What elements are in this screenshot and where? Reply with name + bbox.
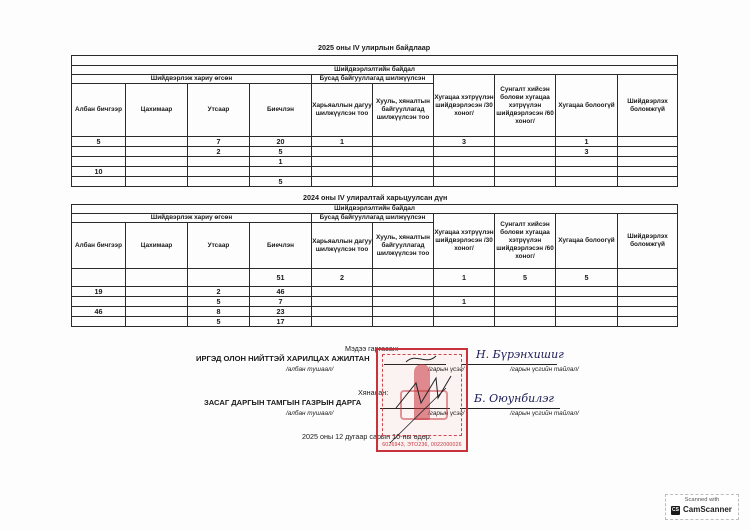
table-cell (312, 167, 373, 177)
table-cell (126, 147, 188, 157)
group-header-transferred: Бусад байгууллагад шилжүүлсэн (312, 75, 434, 84)
table-row: 512155 (72, 269, 678, 287)
column-header: Сунгалт хийсэн болови хугацаа хэтрүүлэн … (495, 214, 556, 269)
table-cell: 5 (495, 269, 556, 287)
name-caption: /гарын үсгийн тайлал/ (510, 366, 579, 373)
table-cell: 1 (434, 269, 495, 287)
table-cell (126, 137, 188, 147)
table-cell: 2 (312, 269, 373, 287)
table-cell (373, 137, 434, 147)
table-row: 253 (72, 147, 678, 157)
table-cell (556, 287, 618, 297)
table-cell (556, 297, 618, 307)
table-cell: 1 (250, 157, 312, 167)
table-cell (312, 177, 373, 187)
table-cell (618, 147, 678, 157)
table-cell (495, 137, 556, 147)
table-cell (556, 167, 618, 177)
column-header: Шийдвэрлэх боломжгүй (618, 214, 678, 269)
scanned-with-text: Scanned with (666, 497, 738, 503)
name-line (462, 364, 557, 365)
table-cell: 5 (72, 137, 126, 147)
table-cell (312, 307, 373, 317)
table-top-header: Шийдвэрлэлтийн байдал (72, 66, 678, 75)
table-cell: 23 (250, 307, 312, 317)
reporter-handwritten-name: Н. Бүрэнхишиг (476, 348, 564, 361)
table-cell (495, 157, 556, 167)
column-header: Харьяаллын дагуу шилжүүлсэн тоо (312, 223, 373, 269)
group-header-responded: Шийдвэрлэж хариу өгсөн (72, 75, 312, 84)
table-cell (495, 317, 556, 327)
table-cell (72, 157, 126, 167)
table-cell (618, 317, 678, 327)
name-caption: /гарын үсгийн тайлал/ (510, 410, 579, 417)
table-cell (495, 297, 556, 307)
table-cell (618, 269, 678, 287)
group-header-transferred: Бусад байгууллагад шилжүүлсэн (312, 214, 434, 223)
table-cell (126, 287, 188, 297)
table-cell: 5 (556, 269, 618, 287)
column-header: Албан бичгээр (72, 223, 126, 269)
document-page: 2025 оны IV улирлын байдлаар Шийдвэрлэлт… (0, 0, 750, 530)
column-header: Хугацаа хэтрүүлэн шийдвэрлэсэн /30 хоног… (434, 75, 495, 137)
section1-rows: 57201312531105 (72, 137, 678, 187)
table-cell (72, 177, 126, 187)
column-header: Хугацаа хэтрүүлэн шийдвэрлэсэн /30 хоног… (434, 214, 495, 269)
column-header: Шийдвэрлэх боломжгүй (618, 75, 678, 137)
table-cell (250, 167, 312, 177)
group-header-responded: Шийдвэрлэж хариу өгсөн (72, 214, 312, 223)
table-cell: 10 (72, 167, 126, 177)
table-row: 10 (72, 167, 678, 177)
table-cell: 7 (250, 297, 312, 307)
column-header: Хууль, хяналтын байгууллагад шилжүүлсэн … (373, 84, 434, 137)
table-cell: 1 (312, 137, 373, 147)
section1-table: Шийдвэрлэлтийн байдал Шийдвэрлэж хариу ө… (71, 55, 678, 187)
table-cell (126, 297, 188, 307)
column-header: Утсаар (188, 223, 250, 269)
table-cell (126, 177, 188, 187)
camscanner-watermark: Scanned with CS CamScanner (665, 494, 739, 520)
column-header: Сунгалт хийсэн болови хугацаа хэтрүүлэн … (495, 75, 556, 137)
checker-handwritten-name: Б. Оюунбилэг (474, 392, 554, 405)
table-cell (434, 287, 495, 297)
column-header: Цахимаар (126, 84, 188, 137)
column-header: Хугацаа болоогүй (556, 75, 618, 137)
table-cell: 8 (188, 307, 250, 317)
table-cell (495, 287, 556, 297)
table-cell (434, 177, 495, 187)
table-row: 46823 (72, 307, 678, 317)
table-cell (126, 307, 188, 317)
table-cell (72, 269, 126, 287)
table-cell: 1 (556, 137, 618, 147)
table-cell: 3 (434, 137, 495, 147)
official-stamp: 6026943, ЭТО236, 0022000026 (376, 348, 468, 452)
table-row: 19246 (72, 287, 678, 297)
checker-position: ЗАСАГ ДАРГЫН ТАМГЫН ГАЗРЫН ДАРГА (204, 398, 361, 407)
table-cell: 17 (250, 317, 312, 327)
position-caption: /албан тушаал/ (286, 366, 333, 373)
table-cell (434, 147, 495, 157)
table-cell (618, 297, 678, 307)
table-row: 517 (72, 317, 678, 327)
table-cell (188, 269, 250, 287)
reporter-position: ИРГЭД ОЛОН НИЙТТЭЙ ХАРИЛЦАХ АЖИЛТАН (196, 354, 370, 363)
table-cell (72, 317, 126, 327)
table-cell: 3 (556, 147, 618, 157)
section2-rows: 5121551924657146823517 (72, 269, 678, 327)
name-line (460, 408, 560, 409)
table-cell (373, 157, 434, 167)
table-cell (72, 297, 126, 307)
table-cell: 2 (188, 147, 250, 157)
table-cell (495, 307, 556, 317)
table-cell: 5 (188, 297, 250, 307)
table-cell (312, 157, 373, 167)
table-cell (188, 177, 250, 187)
position-caption: /албан тушаал/ (286, 410, 333, 417)
table-cell (373, 269, 434, 287)
table-cell (188, 167, 250, 177)
table-cell (373, 297, 434, 307)
table-cell (556, 317, 618, 327)
table-cell: 5 (188, 317, 250, 327)
table-cell (373, 177, 434, 187)
table-cell (434, 167, 495, 177)
section1-title: 2025 оны IV улирлын байдлаар (318, 43, 430, 52)
table-cell: 1 (434, 297, 495, 307)
table-row: 1 (72, 157, 678, 167)
table-cell (373, 147, 434, 157)
table-cell: 5 (250, 147, 312, 157)
column-header: Биечлэн (250, 84, 312, 137)
table-cell (434, 157, 495, 167)
table-cell (495, 177, 556, 187)
column-header: Биечлэн (250, 223, 312, 269)
table-cell (126, 269, 188, 287)
table-cell (373, 307, 434, 317)
table-cell: 7 (188, 137, 250, 147)
table-cell (556, 177, 618, 187)
table-cell (618, 307, 678, 317)
table-cell: 19 (72, 287, 126, 297)
table-cell: 46 (250, 287, 312, 297)
camscanner-app-name: CamScanner (683, 505, 732, 514)
table-cell (126, 317, 188, 327)
column-header: Харьяаллын дагуу шилжүүлсэн тоо (312, 84, 373, 137)
table-cell (373, 167, 434, 177)
table-cell: 2 (188, 287, 250, 297)
table-cell (618, 287, 678, 297)
table-cell (434, 307, 495, 317)
table-cell (618, 167, 678, 177)
table-cell (556, 157, 618, 167)
table-cell: 5 (250, 177, 312, 187)
table-cell (312, 287, 373, 297)
table-row: 571 (72, 297, 678, 307)
table-cell (495, 167, 556, 177)
table-top-header: Шийдвэрлэлтийн байдал (72, 205, 678, 214)
table-cell (618, 177, 678, 187)
column-header: Албан бичгээр (72, 84, 126, 137)
table-cell (618, 137, 678, 147)
section2-table: Шийдвэрлэлтийн байдал Шийдвэрлэж хариу ө… (71, 204, 678, 327)
table-cell (373, 287, 434, 297)
table-cell (72, 147, 126, 157)
camscanner-logo-icon: CS (671, 506, 680, 515)
table-cell (126, 167, 188, 177)
table-cell (126, 157, 188, 167)
table-cell (188, 157, 250, 167)
column-header: Цахимаар (126, 223, 188, 269)
table-cell (618, 157, 678, 167)
column-header: Утсаар (188, 84, 250, 137)
table-row: 5 (72, 177, 678, 187)
table-cell (495, 147, 556, 157)
table-cell (312, 297, 373, 307)
table-row: 5720131 (72, 137, 678, 147)
signature-scribble-icon (376, 348, 468, 452)
table-cell (312, 317, 373, 327)
column-header: Хууль, хяналтын байгууллагад шилжүүлсэн … (373, 223, 434, 269)
table-cell (312, 147, 373, 157)
table-cell (556, 307, 618, 317)
column-header: Хугацаа болоогүй (556, 214, 618, 269)
table-cell (434, 317, 495, 327)
table-cell: 20 (250, 137, 312, 147)
table-cell: 46 (72, 307, 126, 317)
table-cell (373, 317, 434, 327)
section2-title: 2024 оны IV улиралтай харьцуулсан дүн (303, 193, 447, 202)
table-cell: 51 (250, 269, 312, 287)
